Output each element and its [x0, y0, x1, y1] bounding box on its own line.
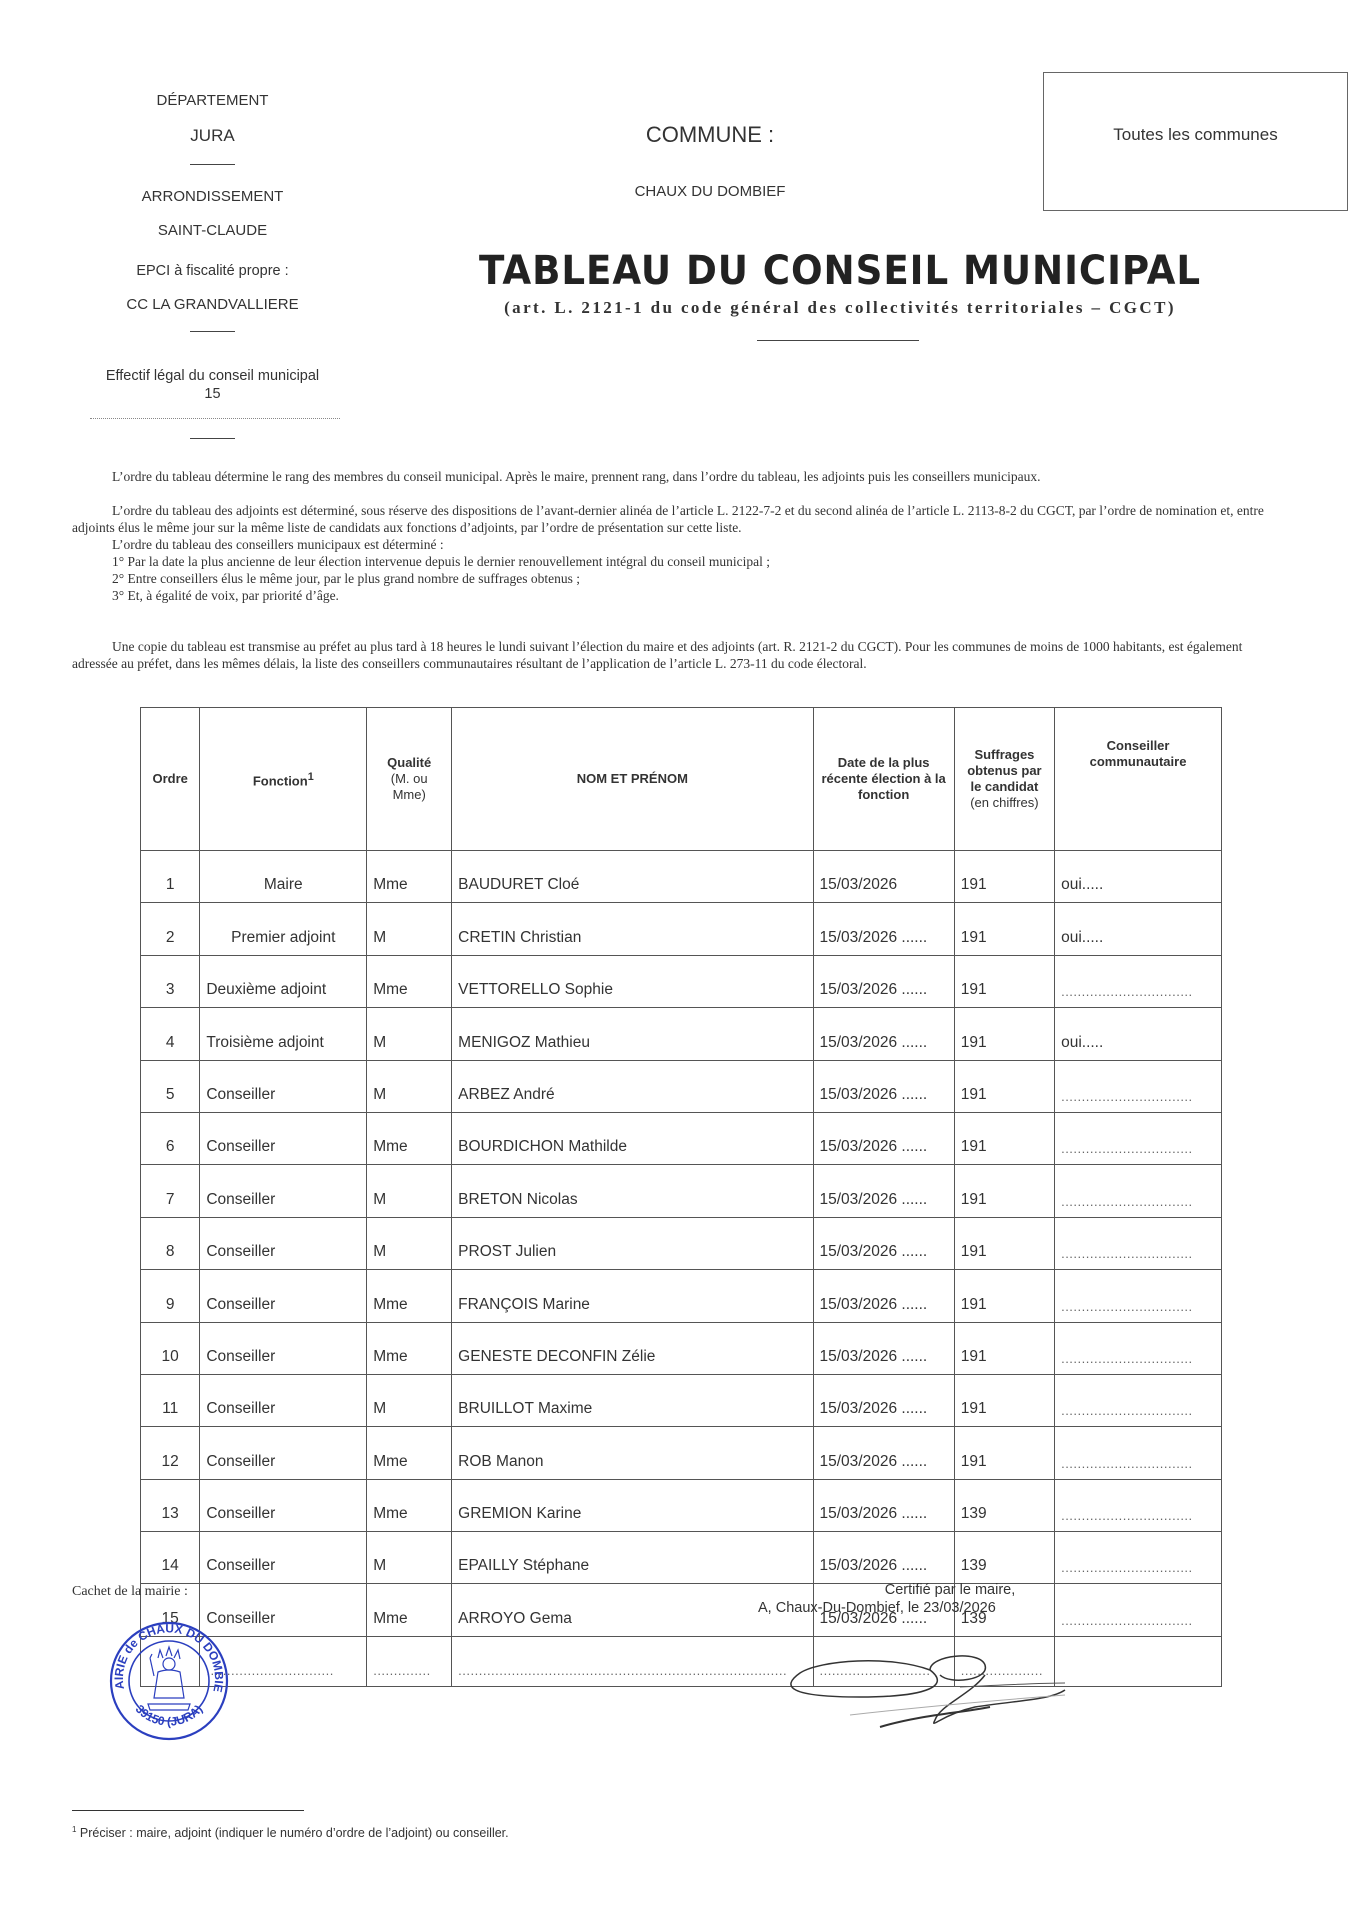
footnote-text: Préciser : maire, adjoint (indiquer le n…: [76, 1826, 508, 1840]
intro-paragraph: 3° Et, à égalité de voix, par priorité d…: [72, 587, 1287, 604]
cell-suffrages: 191: [954, 1060, 1054, 1112]
cell-qualite: Mme: [367, 1479, 452, 1531]
cell-date: 15/03/2026 ......: [813, 1322, 954, 1374]
cell-suffrages: 191: [954, 1427, 1054, 1479]
intro-text: L’ordre du tableau détermine le rang des…: [72, 468, 1287, 672]
cell-qualite: M: [367, 1165, 452, 1217]
cell-fonction: Conseiller: [200, 1374, 367, 1426]
cell-nom: GREMION Karine: [452, 1479, 813, 1531]
cell-nom: ARBEZ André: [452, 1060, 813, 1112]
svg-text:39150 (JURA): 39150 (JURA): [133, 1702, 206, 1729]
cell-fonction: Conseiller: [200, 1427, 367, 1479]
commune-label: COMMUNE :: [540, 122, 880, 148]
cell-fonction: Conseiller: [200, 1270, 367, 1322]
cell-ordre: 5: [141, 1060, 200, 1112]
cell-nom: PROST Julien: [452, 1217, 813, 1269]
table-row: 9ConseillerMmeFRANÇOIS Marine15/03/2026 …: [141, 1270, 1222, 1322]
table-row: 5ConseillerMARBEZ André15/03/2026 ......…: [141, 1060, 1222, 1112]
intro-paragraph: 2° Entre conseillers élus le même jour, …: [72, 570, 1287, 587]
cell-suffrages: 139: [954, 1532, 1054, 1584]
mayor-signature: [780, 1645, 1080, 1735]
cell-nom: ROB Manon: [452, 1427, 813, 1479]
cell-date: 15/03/2026 ......: [813, 1532, 954, 1584]
epci-value: CC LA GRANDVALLIERE: [80, 296, 345, 313]
cell-fonction: Maire: [200, 851, 367, 903]
cell-qualite: Mme: [367, 1112, 452, 1164]
divider: [190, 331, 235, 332]
effectif-label: Effectif légal du conseil municipal: [75, 368, 350, 384]
table-row: 4Troisième adjointMMENIGOZ Mathieu15/03/…: [141, 1008, 1222, 1060]
cell-date: 15/03/2026: [813, 851, 954, 903]
header-communautaire: Conseiller communautaire: [1055, 708, 1222, 851]
intro-paragraph: L’ordre du tableau détermine le rang des…: [72, 468, 1287, 485]
footnote-divider: [72, 1810, 304, 1811]
cell-suffrages: 191: [954, 851, 1054, 903]
cell-date: 15/03/2026 ......: [813, 1374, 954, 1426]
cell-qualite: M: [367, 1532, 452, 1584]
header-fonction: Fonction1: [200, 708, 367, 851]
cell-communautaire: oui.....: [1055, 903, 1222, 955]
cell-communautaire: ................................: [1055, 1427, 1222, 1479]
cell-nom: ........................................…: [452, 1636, 813, 1686]
cell-date: 15/03/2026 ......: [813, 1008, 954, 1060]
header-fonction-text: Fonction: [253, 773, 308, 788]
table-row: 6ConseillerMmeBOURDICHON Mathilde15/03/2…: [141, 1112, 1222, 1164]
cell-date: 15/03/2026 ......: [813, 1112, 954, 1164]
cell-suffrages: 191: [954, 1008, 1054, 1060]
cell-fonction: Conseiller: [200, 1479, 367, 1531]
cell-communautaire: ................................: [1055, 1479, 1222, 1531]
table-row: 3Deuxième adjointMmeVETTORELLO Sophie15/…: [141, 955, 1222, 1007]
cell-ordre: 12: [141, 1427, 200, 1479]
cell-fonction: Conseiller: [200, 1322, 367, 1374]
cell-nom: MENIGOZ Mathieu: [452, 1008, 813, 1060]
arrondissement-value: SAINT-CLAUDE: [80, 222, 345, 239]
cell-ordre: 10: [141, 1322, 200, 1374]
cell-ordre: 11: [141, 1374, 200, 1426]
cell-qualite: M: [367, 903, 452, 955]
commune-scope-box: Toutes les communes: [1043, 72, 1348, 211]
cell-communautaire: oui.....: [1055, 1008, 1222, 1060]
cell-suffrages: 191: [954, 903, 1054, 955]
cell-communautaire: ................................: [1055, 1270, 1222, 1322]
cell-date: 15/03/2026 ......: [813, 955, 954, 1007]
footnote-ref: 1: [308, 771, 314, 783]
signature-icon: [780, 1645, 1080, 1735]
cell-communautaire: ................................: [1055, 1532, 1222, 1584]
header-nom: NOM ET PRÉNOM: [452, 708, 813, 851]
table-header-row: Ordre Fonction1 Qualité(M. ou Mme) NOM E…: [141, 708, 1222, 851]
stamp-seal-icon: MAIRIE de CHAUX DU DOMBIEF 39150 (JURA): [108, 1620, 230, 1742]
cell-qualite: ..............: [367, 1636, 452, 1686]
table-row: 13ConseillerMmeGREMION Karine15/03/2026 …: [141, 1479, 1222, 1531]
intro-paragraph: L’ordre du tableau des conseillers munic…: [72, 536, 1287, 553]
cell-suffrages: 191: [954, 1112, 1054, 1164]
cell-ordre: 13: [141, 1479, 200, 1531]
cell-suffrages: 191: [954, 1270, 1054, 1322]
cell-nom: VETTORELLO Sophie: [452, 955, 813, 1007]
cell-fonction: Premier adjoint: [200, 903, 367, 955]
commune-scope-text: Toutes les communes: [1044, 125, 1347, 145]
table-row: 12ConseillerMmeROB Manon15/03/2026 .....…: [141, 1427, 1222, 1479]
header-suffrages-text: Suffrages obtenus par le candidat: [967, 747, 1041, 794]
cell-qualite: M: [367, 1374, 452, 1426]
cell-fonction: Conseiller: [200, 1532, 367, 1584]
cell-nom: BOURDICHON Mathilde: [452, 1112, 813, 1164]
header-qualite-text: Qualité: [387, 755, 431, 770]
arrondissement-label: ARRONDISSEMENT: [80, 188, 345, 205]
cell-ordre: 14: [141, 1532, 200, 1584]
cell-fonction: Troisième adjoint: [200, 1008, 367, 1060]
cell-nom: BAUDURET Cloé: [452, 851, 813, 903]
cell-ordre: 6: [141, 1112, 200, 1164]
mairie-stamp: MAIRIE de CHAUX DU DOMBIEF 39150 (JURA): [108, 1620, 230, 1742]
cell-nom: EPAILLY Stéphane: [452, 1532, 813, 1584]
cell-nom: FRANÇOIS Marine: [452, 1270, 813, 1322]
cell-ordre: 1: [141, 851, 200, 903]
certifie-line2: A, Chaux-Du-Dombief, le 23/03/2026: [758, 1600, 996, 1616]
header-qualite: Qualité(M. ou Mme): [367, 708, 452, 851]
cell-communautaire: ................................: [1055, 1112, 1222, 1164]
cell-qualite: Mme: [367, 955, 452, 1007]
cell-nom: CRETIN Christian: [452, 903, 813, 955]
page-title: TABLEAU DU CONSEIL MUNICIPAL: [459, 248, 1222, 294]
table-row: 1MaireMmeBAUDURET Cloé15/03/2026191oui..…: [141, 851, 1222, 903]
table-row: 14ConseillerMEPAILLY Stéphane15/03/2026 …: [141, 1532, 1222, 1584]
cell-fonction: Conseiller: [200, 1060, 367, 1112]
table-row: 10ConseillerMmeGENESTE DECONFIN Zélie15/…: [141, 1322, 1222, 1374]
cell-date: 15/03/2026 ......: [813, 1479, 954, 1531]
table-row: 7ConseillerMBRETON Nicolas15/03/2026 ...…: [141, 1165, 1222, 1217]
cell-date: 15/03/2026 ......: [813, 1427, 954, 1479]
cell-communautaire: ................................: [1055, 1060, 1222, 1112]
cell-fonction: Deuxième adjoint: [200, 955, 367, 1007]
page-subtitle: (art. L. 2121-1 du code général des coll…: [430, 298, 1250, 318]
header-ordre: Ordre: [141, 708, 200, 851]
cell-qualite: Mme: [367, 1270, 452, 1322]
table-row: 8ConseillerMPROST Julien15/03/2026 .....…: [141, 1217, 1222, 1269]
cell-ordre: 7: [141, 1165, 200, 1217]
table-row: 2Premier adjointMCRETIN Christian15/03/2…: [141, 903, 1222, 955]
header-suffrages: Suffrages obtenus par le candidat(en chi…: [954, 708, 1054, 851]
cell-fonction: Conseiller: [200, 1165, 367, 1217]
cell-date: 15/03/2026 ......: [813, 1165, 954, 1217]
dotted-line: [90, 418, 340, 419]
cell-suffrages: 191: [954, 1217, 1054, 1269]
header-qualite-sub: (M. ou Mme): [391, 771, 428, 802]
cell-ordre: 2: [141, 903, 200, 955]
cell-qualite: Mme: [367, 1584, 452, 1636]
cell-qualite: M: [367, 1008, 452, 1060]
cell-suffrages: 139: [954, 1479, 1054, 1531]
cell-nom: GENESTE DECONFIN Zélie: [452, 1322, 813, 1374]
cell-ordre: 8: [141, 1217, 200, 1269]
commune-value: CHAUX DU DOMBIEF: [540, 183, 880, 200]
cell-ordre: 3: [141, 955, 200, 1007]
epci-label: EPCI à fiscalité propre :: [80, 263, 345, 279]
cell-communautaire: ................................: [1055, 1217, 1222, 1269]
cell-ordre: 4: [141, 1008, 200, 1060]
cell-qualite: Mme: [367, 1427, 452, 1479]
divider: [190, 164, 235, 165]
cell-communautaire: ................................: [1055, 955, 1222, 1007]
cell-suffrages: 191: [954, 1322, 1054, 1374]
divider: [757, 340, 919, 341]
intro-paragraph: 1° Par la date la plus ancienne de leur …: [72, 553, 1287, 570]
departement-label: DÉPARTEMENT: [80, 92, 345, 109]
cell-date: 15/03/2026 ......: [813, 1217, 954, 1269]
cell-fonction: Conseiller: [200, 1112, 367, 1164]
divider: [190, 438, 235, 439]
departement-value: JURA: [80, 126, 345, 146]
table-row: 11ConseillerMBRUILLOT Maxime15/03/2026 .…: [141, 1374, 1222, 1426]
header-date: Date de la plus récente élection à la fo…: [813, 708, 954, 851]
cell-date: 15/03/2026 ......: [813, 1060, 954, 1112]
intro-paragraph: Une copie du tableau est transmise au pr…: [72, 638, 1287, 672]
cell-fonction: Conseiller: [200, 1217, 367, 1269]
council-table: Ordre Fonction1 Qualité(M. ou Mme) NOM E…: [140, 707, 1222, 1687]
cell-date: 15/03/2026 ......: [813, 903, 954, 955]
cell-nom: BRUILLOT Maxime: [452, 1374, 813, 1426]
cell-qualite: M: [367, 1217, 452, 1269]
cell-suffrages: 191: [954, 1165, 1054, 1217]
cell-qualite: Mme: [367, 851, 452, 903]
cell-ordre: 9: [141, 1270, 200, 1322]
cell-suffrages: 191: [954, 955, 1054, 1007]
cell-communautaire: ................................: [1055, 1165, 1222, 1217]
cell-qualite: Mme: [367, 1322, 452, 1374]
cell-communautaire: oui.....: [1055, 851, 1222, 903]
cell-nom: BRETON Nicolas: [452, 1165, 813, 1217]
cell-communautaire: ................................: [1055, 1322, 1222, 1374]
cell-date: 15/03/2026 ......: [813, 1270, 954, 1322]
cell-communautaire: ................................: [1055, 1374, 1222, 1426]
cell-suffrages: 191: [954, 1374, 1054, 1426]
cell-qualite: M: [367, 1060, 452, 1112]
cachet-label: Cachet de la mairie :: [72, 1584, 188, 1600]
footnote: 1 Préciser : maire, adjoint (indiquer le…: [72, 1825, 509, 1840]
certifie-line1: Certifié par le maire,: [700, 1582, 1200, 1598]
header-suffrages-sub: (en chiffres): [970, 795, 1038, 810]
effectif-value: 15: [80, 386, 345, 402]
intro-paragraph: L’ordre du tableau des adjoints est déte…: [72, 502, 1287, 536]
